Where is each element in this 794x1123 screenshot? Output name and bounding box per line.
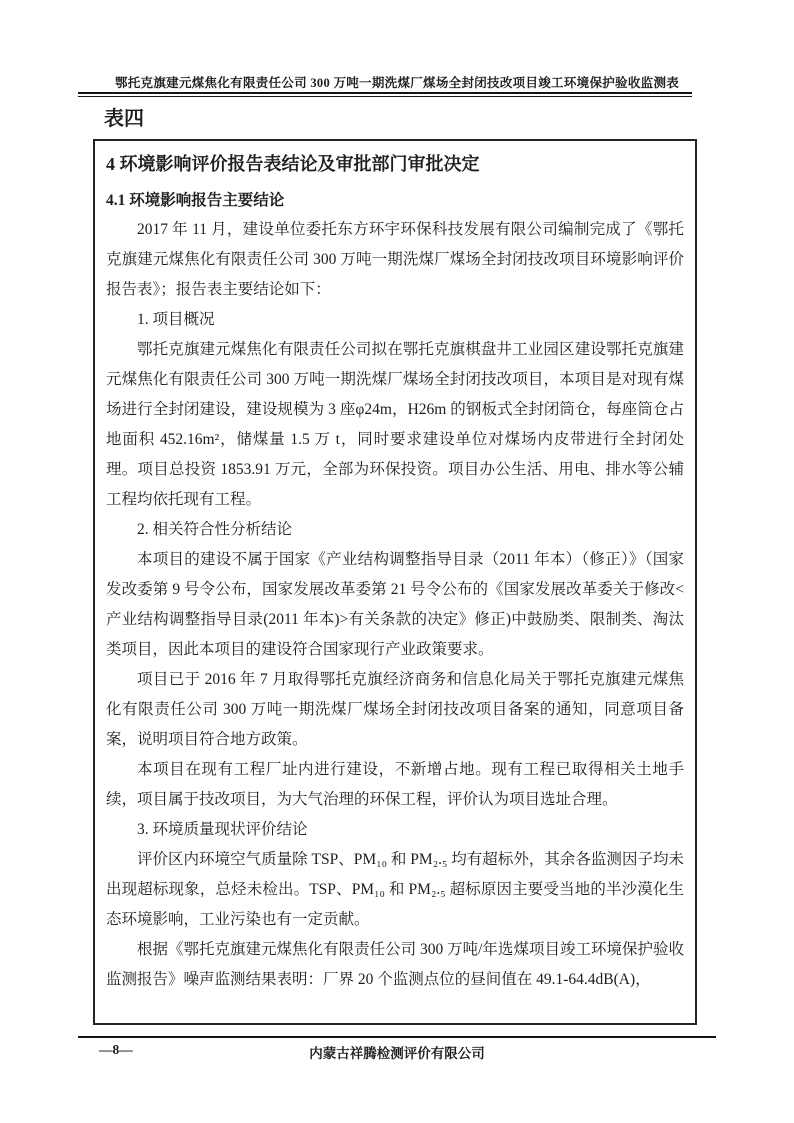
paragraph: 根据《鄂托克旗建元煤焦化有限责任公司 300 万吨/年选煤项目竣工环境保护验收监…: [106, 935, 684, 995]
list-item-heading: 2. 相关符合性分析结论: [106, 515, 684, 545]
section-body: 2017 年 11 月，建设单位委托东方环宇环保科技发展有限公司编制完成了《鄂托…: [106, 215, 684, 995]
paragraph: 鄂托克旗建元煤焦化有限责任公司拟在鄂托克旗棋盘井工业园区建设鄂托克旗建元煤焦化有…: [106, 335, 684, 515]
paragraph: 评价区内环境空气质量除 TSP、PM₁₀ 和 PM₂.₅ 均有超标外，其余各监测…: [106, 845, 684, 935]
document-header-title: 鄂托克旗建元煤焦化有限责任公司 300 万吨一期洗煤厂煤场全封闭技改项目竣工环境…: [40, 73, 754, 91]
subsection-title: 4.1 环境影响报告主要结论: [106, 189, 684, 213]
paragraph: 项目已于 2016 年 7 月取得鄂托克旗经济商务和信息化局关于鄂托克旗建元煤焦…: [106, 665, 684, 755]
list-item-heading: 3. 环境质量现状评价结论: [106, 815, 684, 845]
footer-company-name: 内蒙古祥腾检测评价有限公司: [0, 1042, 794, 1062]
content-box: 4 环境影响评价报告表结论及审批部门审批决定 4.1 环境影响报告主要结论 20…: [93, 139, 697, 1025]
list-item-heading: 1. 项目概况: [106, 305, 684, 335]
table-four-label: 表四: [104, 102, 144, 131]
document-page: 鄂托克旗建元煤焦化有限责任公司 300 万吨一期洗煤厂煤场全封闭技改项目竣工环境…: [0, 0, 794, 1123]
paragraph: 本项目的建设不属于国家《产业结构调整指导目录（2011 年本）（修正）》（国家发…: [106, 545, 684, 665]
paragraph: 2017 年 11 月，建设单位委托东方环宇环保科技发展有限公司编制完成了《鄂托…: [106, 215, 684, 305]
section-title: 4 环境影响评价报告表结论及审批部门审批决定: [106, 150, 684, 178]
paragraph: 本项目在现有工程厂址内进行建设，不新增占地。现有工程已取得相关土地手续，项目属于…: [106, 755, 684, 815]
header-double-rule: [78, 92, 692, 97]
footer-rule: [78, 1036, 716, 1038]
